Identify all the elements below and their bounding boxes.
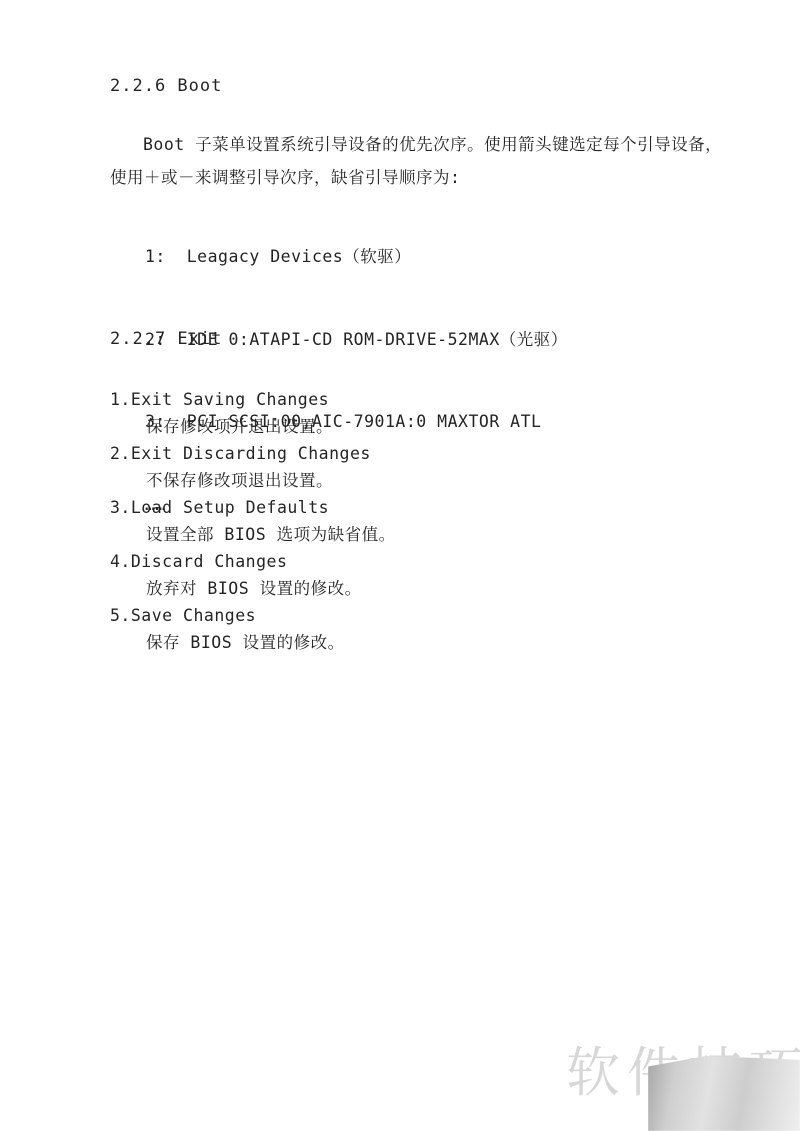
exit-option: 1.Exit Saving Changes 保存修改项并退出设置。 [110,386,710,440]
exit-option: 5.Save Changes 保存 BIOS 设置的修改。 [110,602,710,656]
exit-option: 4.Discard Changes 放弃对 BIOS 设置的修改。 [110,548,710,602]
exit-option-description: 放弃对 BIOS 设置的修改。 [110,575,710,602]
boot-order-item: 1: Leagacy Devices（软驱） [145,243,568,271]
exit-option-title: 4.Discard Changes [110,548,710,575]
exit-option: 3.Load Setup Defaults 设置全部 BIOS 选项为缺省值。 [110,494,710,548]
scan-artifact-blob [648,1056,800,1131]
exit-option-description: 设置全部 BIOS 选项为缺省值。 [110,521,710,548]
document-page: 2.2.6 Boot Boot 子菜单设置系统引导设备的优先次序。使用箭头键选定… [0,0,800,1131]
exit-option-description: 保存修改项并退出设置。 [110,413,710,440]
exit-options-list: 1.Exit Saving Changes 保存修改项并退出设置。 2.Exit… [110,386,710,656]
exit-option-description: 保存 BIOS 设置的修改。 [110,629,710,656]
exit-option-title: 3.Load Setup Defaults [110,494,710,521]
exit-option-description: 不保存修改项退出设置。 [110,467,710,494]
section-heading-exit: 2.2.7 Exit [110,329,222,349]
section-heading-boot: 2.2.6 Boot [110,76,222,96]
exit-option-title: 5.Save Changes [110,602,710,629]
exit-option-title: 2.Exit Discarding Changes [110,440,710,467]
boot-intro-paragraph: Boot 子菜单设置系统引导设备的优先次序。使用箭头键选定每个引导设备，使用＋或… [110,128,728,194]
exit-option: 2.Exit Discarding Changes 不保存修改项退出设置。 [110,440,710,494]
exit-option-title: 1.Exit Saving Changes [110,386,710,413]
